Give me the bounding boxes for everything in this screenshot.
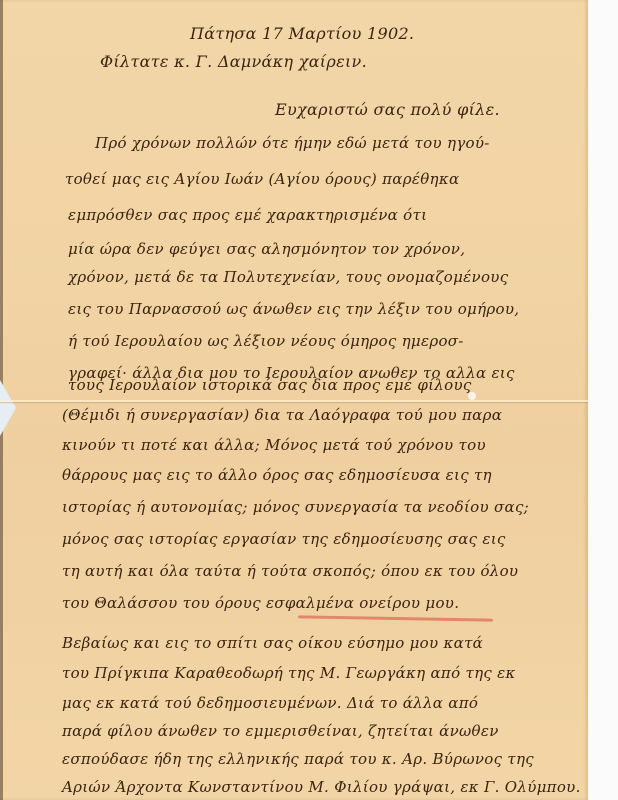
page-left-edge xyxy=(0,0,3,800)
body-line: ιστορίας ή αυτονομίας; μόνος συνεργασία … xyxy=(62,498,529,516)
page-tear xyxy=(0,380,16,436)
greeting: Ευχαριστώ σας πολύ φίλε. xyxy=(275,100,500,119)
red-underline xyxy=(298,615,493,621)
body-line: Αριών Άρχοντα Κωνσταντίνου Μ. Φιλίου γρά… xyxy=(62,778,581,796)
body-line: τοθεί μας εις Αγίου Ιωάν (Αγίου όρους) π… xyxy=(65,170,459,188)
body-line: μία ώρα δεν φεύγει σας αλησμόνητον τον χ… xyxy=(68,240,465,258)
body-line: κινούν τι ποτέ και άλλα; Μόνος μετά τού … xyxy=(62,436,486,454)
body-line: παρά φίλου άνωθεν το εμμερισθείναι, ζητε… xyxy=(62,722,499,740)
body-line: ή τού Ιερουλαίου ως λέξιον νέους όμηρος … xyxy=(68,332,464,350)
letter-page: Πάτησα 17 Μαρτίου 1902. Φίλτατε κ. Γ. Δα… xyxy=(0,0,588,800)
body-line: Βεβαίως και εις το σπίτι σας οίκου εύσημ… xyxy=(62,634,483,652)
body-line: εις του Παρνασσού ως άνωθεν εις την λέξι… xyxy=(68,300,519,318)
body-line: Πρό χρόνων πολλών ότε ήμην εδώ μετά του … xyxy=(95,134,490,152)
salutation: Φίλτατε κ. Γ. Δαμνάκη χαίρειν. xyxy=(100,52,367,71)
body-line: τη αυτή και όλα ταύτα ή τούτα σκοπός; όπ… xyxy=(62,562,518,580)
body-line: εμπρόσθεν σας προς εμέ χαρακτηρισμένα ότ… xyxy=(68,206,427,224)
body-line: μας εκ κατά τού δεδημοσιευμένων. Διά το … xyxy=(62,694,478,712)
body-line: τους Ιερουλαίον ιστορικά σας δια προς εμ… xyxy=(68,376,472,394)
body-line: χρόνον, μετά δε τα Πολυτεχνείαν, τους ον… xyxy=(68,268,508,286)
body-line: (Θέμιδι ή συνεργασίαν) δια τα Λαόγραφα τ… xyxy=(62,406,502,424)
body-line: του Πρίγκιπα Καραθεοδωρή της Μ. Γεωργάκη… xyxy=(62,664,516,682)
body-line: εσπούδασε ήδη της ελληνικής παρά του κ. … xyxy=(62,750,534,768)
body-line: θάρρους μας εις το άλλο όρος σας εδημοσί… xyxy=(62,466,492,484)
dateline: Πάτησα 17 Μαρτίου 1902. xyxy=(190,24,414,43)
body-line: του Θαλάσσου του όρους εσφαλμένα ονείρου… xyxy=(62,594,459,612)
body-line: μόνος σας ιστορίας εργασίαν της εδημοσίε… xyxy=(62,530,506,548)
